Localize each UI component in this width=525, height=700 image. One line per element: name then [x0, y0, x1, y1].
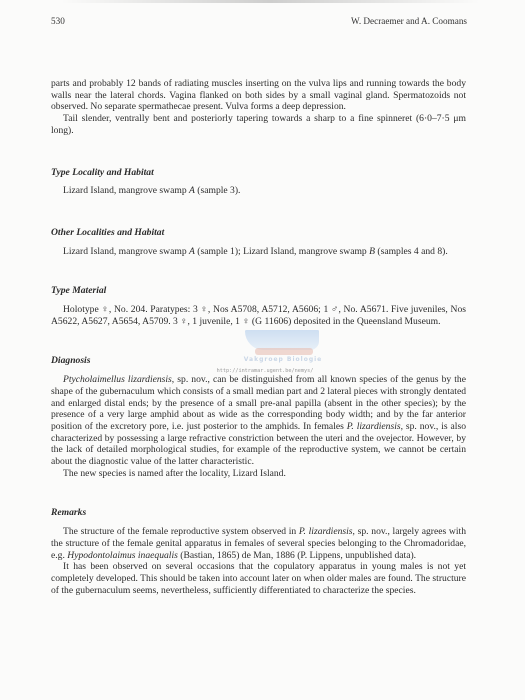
heading-diagnosis: Diagnosis	[51, 355, 466, 367]
page-edge-shadow	[60, 0, 480, 3]
diagnosis-paragraph-1: Ptycholaimellus lizardiensis, sp. nov., …	[51, 374, 466, 468]
heading-type-locality: Type Locality and Habitat	[51, 167, 466, 179]
intro-paragraph-1: parts and probably 12 bands of radiating…	[51, 78, 466, 113]
heading-other-localities: Other Localities and Habitat	[51, 227, 466, 239]
intro-paragraph-2: Tail slender, ventrally bent and posteri…	[51, 113, 466, 136]
type-material-text: Holotype ♀, No. 204. Paratypes: 3 ♀, Nos…	[51, 304, 466, 327]
diagnosis-paragraph-2: The new species is named after the local…	[51, 468, 466, 480]
page-number: 530	[51, 16, 65, 26]
heading-type-material: Type Material	[51, 285, 466, 297]
remarks-paragraph-2: It has been observed on several occasion…	[51, 561, 466, 596]
other-localities-text: Lizard Island, mangrove swamp A (sample …	[51, 246, 466, 258]
article-body: parts and probably 12 bands of radiating…	[51, 78, 466, 596]
running-head-authors: W. Decraemer and A. Coomans	[351, 16, 467, 26]
watermark-url: http://intramar.ugent.be/nemys/	[175, 368, 355, 374]
remarks-paragraph-1: The structure of the female reproductive…	[51, 526, 466, 561]
heading-remarks: Remarks	[51, 507, 466, 519]
type-locality-text: Lizard Island, mangrove swamp A (sample …	[51, 185, 466, 197]
